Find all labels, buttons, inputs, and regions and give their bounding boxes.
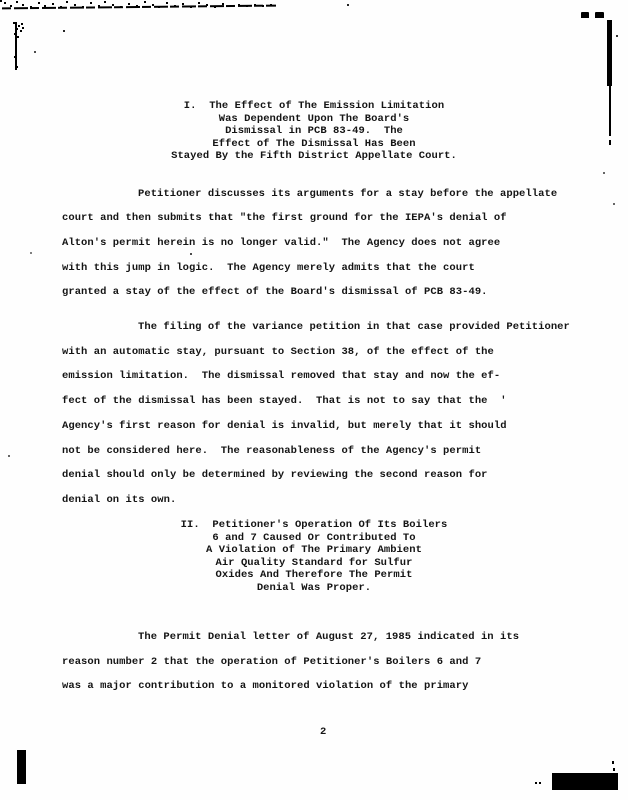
smudge-top-left-speckles [13, 22, 15, 24]
paragraph-1: Petitioner discusses its arguments for a… [62, 182, 572, 306]
binder-mark-icon [581, 12, 589, 18]
bottom-dots [535, 782, 537, 784]
text-line: II. Petitioner's Operation Of Its Boiler… [0, 519, 628, 532]
paragraph-3: The Permit Denial letter of August 27, 1… [62, 625, 572, 699]
text-line: emission limitation. The dismissal remov… [62, 364, 572, 389]
bottom-scan-smear [0, 0, 278, 10]
text-line: I. The Effect of The Emission Limitation [0, 100, 628, 113]
bottom-left-ink-bar [17, 750, 26, 784]
text-line: Denial Was Proper. [0, 582, 628, 595]
smudge-top-left-artifact [15, 22, 17, 70]
text-line: Oxides And Therefore The Permit [0, 569, 628, 582]
text-line: denial on its own. [62, 488, 572, 513]
text-line: Dismissal in PCB 83-49. The [0, 125, 628, 138]
bottom-right-ink-block [552, 773, 618, 790]
binder-mark-icon [595, 12, 604, 18]
text-line: fect of the dismissal has been stayed. T… [62, 389, 572, 414]
text-line: Agency's first reason for denial is inva… [62, 414, 572, 439]
text-line: denial should only be determined by revi… [62, 463, 572, 488]
text-line: Alton's permit herein is no longer valid… [62, 231, 572, 256]
text-line: granted a stay of the effect of the Boar… [62, 280, 572, 305]
right-edge-scan-dot [609, 140, 611, 145]
text-line: Was Dependent Upon The Board's [0, 113, 628, 126]
text-line: was a major contribution to a monitored … [62, 674, 572, 699]
text-line: A Violation of The Primary Ambient [0, 544, 628, 557]
stray-speckles [0, 0, 2, 2]
text-line: with an automatic stay, pursuant to Sect… [62, 340, 572, 365]
text-line: Stayed By the Fifth District Appellate C… [0, 150, 628, 163]
text-line: 6 and 7 Caused Or Contributed To [0, 532, 628, 545]
paragraph-2: The filing of the variance petition in t… [62, 315, 572, 513]
text-line: not be considered here. The reasonablene… [62, 439, 572, 464]
text-line: Petitioner discusses its arguments for a… [62, 182, 572, 207]
text-line: The filing of the variance petition in t… [62, 315, 572, 340]
scanned-document-page: I. The Effect of The Emission Limitation… [0, 0, 628, 800]
section-heading-1: I. The Effect of The Emission Limitation… [0, 100, 628, 163]
text-line: reason number 2 that the operation of Pe… [62, 650, 572, 675]
text-line: Effect of The Dismissal Has Been [0, 138, 628, 151]
right-edge-scan-line [607, 20, 612, 86]
text-line: The Permit Denial letter of August 27, 1… [62, 625, 572, 650]
text-line: Air Quality Standard for Sulfur [0, 557, 628, 570]
smear-line [2, 5, 276, 10]
section-heading-2: II. Petitioner's Operation Of Its Boiler… [0, 519, 628, 594]
text-line: court and then submits that "the first g… [62, 206, 572, 231]
text-line: with this jump in logic. The Agency mere… [62, 256, 572, 281]
bottom-right-dots [612, 761, 614, 764]
page-number: 2 [320, 726, 326, 738]
right-edge-scan-line-thin [609, 86, 611, 136]
